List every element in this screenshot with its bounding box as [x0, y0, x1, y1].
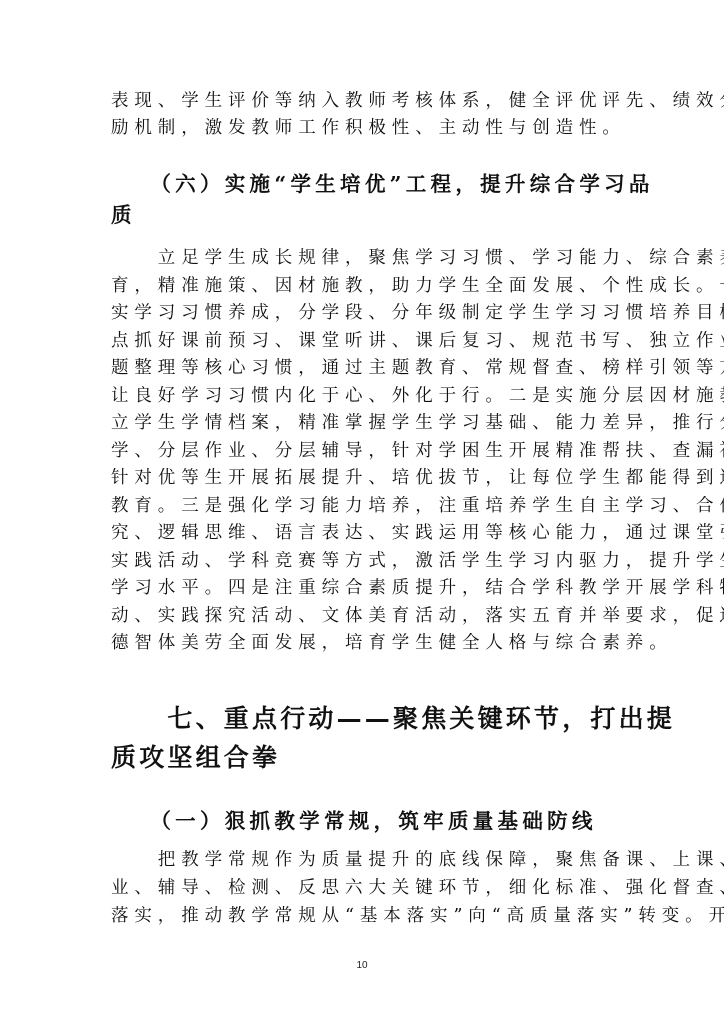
body-text-line: 学、分层作业、分层辅导，针对学困生开展精准帮扶、查漏补缺， [111, 439, 611, 463]
body-text-line: 实践活动、学科竞赛等方式，激活学生学习内驱力，提升学生自主 [111, 549, 611, 573]
body-text-line: 立足学生成长规律，聚焦学习习惯、学习能力、综合素养培 [111, 246, 611, 270]
section-heading: （一）狠抓教学常规，筑牢质量基础防线 [111, 809, 611, 833]
chapter-heading: 质攻坚组合拳 [111, 746, 611, 770]
body-text-line: 落实，推动教学常规从“基本落实”向“高质量落实”转变。开展 [111, 904, 611, 928]
body-text-line: 励机制，激发教师工作积极性、主动性与创造性。 [111, 116, 611, 140]
body-text-line: 德智体美劳全面发展，培育学生健全人格与综合素养。 [111, 631, 611, 655]
page-number: 10 [0, 960, 724, 971]
section-heading: 质 [111, 203, 611, 227]
body-text-line: 实学习习惯养成，分学段、分年级制定学生学习习惯培养目标，重 [111, 301, 611, 325]
body-text-line: 教育。三是强化学习能力培养，注重培养学生自主学习、合作探 [111, 494, 611, 518]
document-page: 表现、学生评价等纳入教师考核体系，健全评优评先、绩效分配激 励机制，激发教师工作… [0, 0, 724, 1024]
body-text-line: 业、辅导、检测、反思六大关键环节，细化标准、强化督查、狠抓 [111, 876, 611, 900]
body-text-line: 针对优等生开展拓展提升、培优拔节，让每位学生都能得到适配的 [111, 466, 611, 490]
body-text-line: 育，精准施策、因材施教，助力学生全面发展、个性成长。一是抓 [111, 274, 611, 298]
body-text-line: 学习水平。四是注重综合素质提升，结合学科教学开展学科特色活 [111, 576, 611, 600]
body-text-line: 让良好学习习惯内化于心、外化于行。二是实施分层因材施教，建 [111, 384, 611, 408]
section-heading: （六）实施“学生培优”工程，提升综合学习品 [111, 172, 611, 196]
body-text-line: 题整理等核心习惯，通过主题教育、常规督查、榜样引领等方式， [111, 356, 611, 380]
body-text-line: 把教学常规作为质量提升的底线保障，聚焦备课、上课、作 [111, 848, 611, 872]
body-text-line: 动、实践探究活动、文体美育活动，落实五育并举要求，促进学生 [111, 604, 611, 628]
body-text-line: 点抓好课前预习、课堂听讲、课后复习、规范书写、独立作业、错 [111, 329, 611, 353]
chapter-heading: 七、重点行动——聚焦关键环节，打出提 [111, 707, 611, 731]
body-text-line: 表现、学生评价等纳入教师考核体系，健全评优评先、绩效分配激 [111, 89, 611, 113]
body-text-line: 立学生学情档案，精准掌握学生学习基础、能力差异，推行分层教 [111, 411, 611, 435]
body-text-line: 究、逻辑思维、语言表达、实践运用等核心能力，通过课堂引导、 [111, 521, 611, 545]
